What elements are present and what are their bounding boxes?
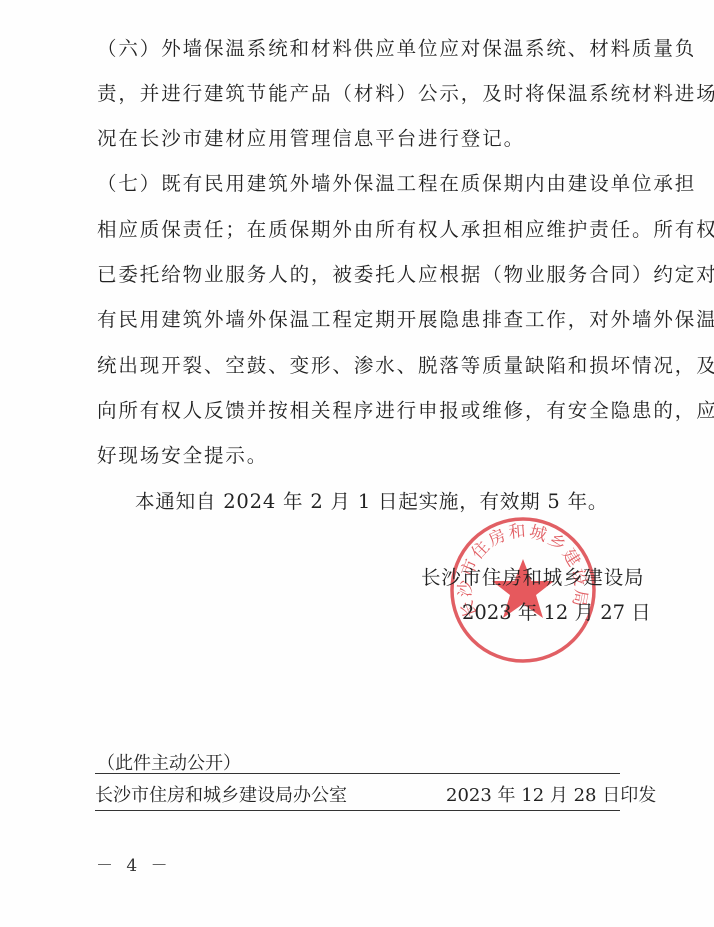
paragraph-7-line-5: 统出现开裂、空鼓、变形、渗水、脱落等质量缺陷和损坏情况，及时 [97, 353, 714, 379]
paragraph-7-line-3: 已委托给物业服务人的，被委托人应根据（物业服务合同）约定对既 [97, 262, 714, 288]
paragraph-7-line-1: （七）既有民用建筑外墙外保温工程在质保期内由建设单位承担 [97, 171, 696, 197]
paragraph-6-line-3: 况在长沙市建材应用管理信息平台进行登记。 [97, 126, 525, 152]
footer-top-rule [95, 773, 620, 774]
paragraph-6-line-2: 责，并进行建筑节能产品（材料）公示，及时将保温系统材料进场情 [97, 81, 714, 107]
paragraph-7-line-6: 向所有权人反馈并按相关程序进行申报或维修，有安全隐患的，应做 [97, 398, 714, 424]
paragraph-6-line-1: （六）外墙保温系统和材料供应单位应对保温系统、材料质量负 [97, 36, 696, 62]
paragraph-7-line-4: 有民用建筑外墙外保温工程定期开展隐患排查工作，对外墙外保温系 [97, 307, 714, 333]
effective-notice: 本通知自 2024 年 2 月 1 日起实施，有效期 5 年。 [135, 489, 608, 515]
issuing-office: 长沙市住房和城乡建设局办公室 [95, 784, 347, 808]
document-page: （六）外墙保温系统和材料供应单位应对保温系统、材料质量负 责，并进行建筑节能产品… [0, 0, 714, 927]
issue-date: 2023 年 12 月 27 日 [462, 600, 651, 626]
page-number: － 4 － [96, 851, 172, 876]
paragraph-7-line-7: 好现场安全提示。 [97, 443, 268, 469]
issuer-name: 长沙市住房和城乡建设局 [421, 565, 644, 591]
print-date: 2023 年 12 月 28 日印发 [446, 784, 656, 808]
footer-bottom-rule [95, 810, 620, 811]
paragraph-7-line-2: 相应质保责任；在质保期外由所有权人承担相应维护责任。所有权人 [97, 217, 714, 243]
